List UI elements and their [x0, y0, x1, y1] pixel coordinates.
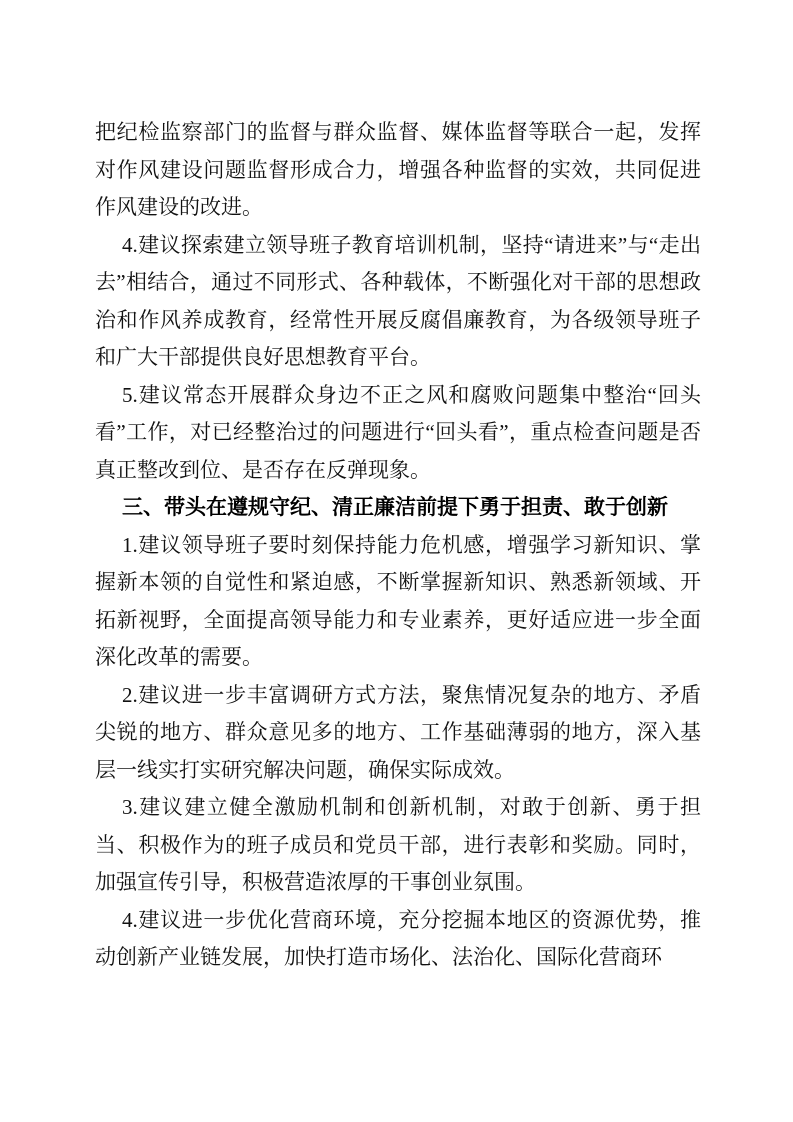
- paragraph-suggestion-4: 4.建议探索建立领导班子教育培训机制，坚持“请进来”与“走出去”相结合，通过不同…: [95, 227, 701, 377]
- section-heading: 三、带头在遵规守纪、清正廉洁前提下勇于担责、敢于创新: [95, 489, 701, 527]
- paragraph-suggestion-1: 1.建议领导班子要时刻保持能力危机感，增强学习新知识、掌握新本领的自觉性和紧迫感…: [95, 527, 701, 677]
- paragraph-suggestion-2: 2.建议进一步丰富调研方式方法，聚焦情况复杂的地方、矛盾尖锐的地方、群众意见多的…: [95, 677, 701, 790]
- document-page: 把纪检监察部门的监督与群众监督、媒体监督等联合一起，发挥对作风建设问题监督形成合…: [0, 0, 793, 1122]
- paragraph-suggestion-3: 3.建议建立健全激励机制和创新机制，对敢于创新、勇于担当、积极作为的班子成员和党…: [95, 789, 701, 902]
- paragraph-suggestion-4-cutoff: 4.建议进一步优化营商环境，充分挖掘本地区的资源优势，推动创新产业链发展，加快打…: [95, 902, 701, 977]
- document-content: 把纪检监察部门的监督与群众监督、媒体监督等联合一起，发挥对作风建设问题监督形成合…: [95, 114, 701, 977]
- paragraph-continuation: 把纪检监察部门的监督与群众监督、媒体监督等联合一起，发挥对作风建设问题监督形成合…: [95, 114, 701, 227]
- paragraph-suggestion-5: 5.建议常态开展群众身边不正之风和腐败问题集中整治“回头看”工作，对已经整治过的…: [95, 377, 701, 490]
